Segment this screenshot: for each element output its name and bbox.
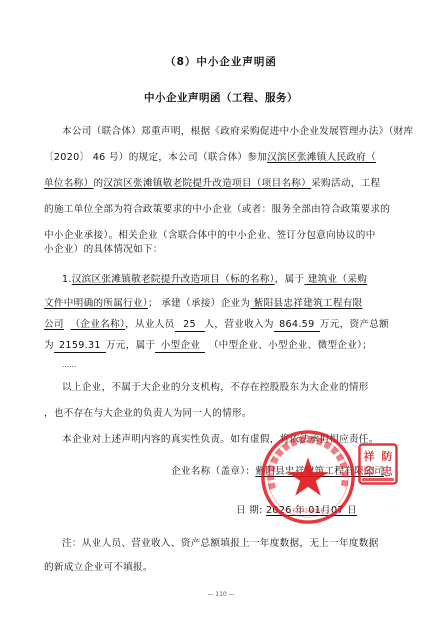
company-label: 企业名称（盖章）：: [171, 466, 255, 477]
item1-line3: 公司 （企业名称），从业人员25人，营业收入为864.59万元，资产总额: [44, 318, 400, 332]
belongs-label: ，属于: [275, 274, 305, 285]
para1-line3-suffix: 采购活动，工程: [311, 178, 380, 189]
item1-line1: 1.汉滨区张滩镇敬老院提升改造项目（标的名称），属于 建筑业（采购: [44, 273, 418, 286]
document-page: （8）中小企业声明函 中小企业声明函（工程、服务） 本公司（联合体）郑重声明，根…: [0, 0, 442, 619]
assets-value: 2159.31: [54, 340, 106, 353]
size-value: 小型企业: [155, 340, 205, 353]
assets-prefix: 为: [44, 340, 54, 351]
revenue-value: 864.59: [274, 319, 320, 332]
industry-value: 建筑业（采购: [304, 274, 367, 285]
para1-line4: 的施工单位全部为符合政策要求的中小企业（或者：服务全部由符合政策要求的: [44, 203, 400, 216]
item1-line2: 文件中明确的所属行业）； 承建（承接）企业为 紫阳县忠祥建筑工程有限: [44, 297, 400, 310]
svg-text:印: 印: [364, 464, 375, 478]
buyer-name: 汉滨区张滩镇人民政府（: [267, 152, 376, 163]
para1-line3: 单位名称）的汉滨区张滩镇敬老院提升改造项目（项目名称）采购活动，工程: [44, 177, 400, 190]
company-name-part1: 紫阳县忠祥建筑工程有限: [250, 298, 362, 309]
para1-line5: 中小企业承接）。相关企业（含联合体中的中小企业、签订分包意向协议的中: [44, 229, 400, 242]
svg-text:忠: 忠: [382, 464, 394, 478]
staff-value: 25: [175, 319, 205, 332]
subject-name: 汉滨区张滩镇敬老院提升改造项目（标的名称）: [72, 274, 275, 285]
item-number: 1.: [62, 274, 72, 285]
assets-unit: 万元，属于: [106, 340, 155, 351]
ellipsis: ……: [44, 359, 418, 372]
buyer-label: 单位名称）: [44, 178, 93, 189]
item1-line4: 为2159.31万元，属于小型企业 （中型企业、小型企业、微型企业）；: [44, 339, 400, 353]
para1-line2: 〔2020〕 46 号）的规定，本公司（联合体）参加汉滨区张滩镇人民政府（: [44, 151, 400, 164]
para1-line3-mid: 的: [93, 178, 103, 189]
company-round-seal-icon: 6124240016: [259, 428, 357, 526]
svg-text:祥: 祥: [364, 449, 375, 463]
page-number: — 110 —: [0, 591, 442, 598]
svg-text:6124240016: 6124240016: [292, 508, 323, 514]
para1-line6: 小企业）的具体情况如下：: [44, 243, 400, 256]
personal-square-seal-icon: 祥 防 印 忠: [358, 443, 398, 485]
para1-line2-prefix: 〔2020〕 46 号）的规定，本公司（联合体）参加: [44, 152, 267, 163]
company-note: （企业名称）: [71, 319, 126, 330]
builder-label: ； 承建（承接）企业为: [148, 298, 250, 309]
project-name: 汉滨区张滩镇敬老院提升改造项目（项目名称）: [103, 178, 311, 189]
note-line1: 注：从业人员、营业收入、资产总额填报上一年度数据，无上一年度数据: [44, 537, 418, 550]
staff-unit: 人，营业收入为: [205, 319, 274, 330]
note-line2: 的新成立企业可不填报。: [44, 561, 400, 574]
company-name-part2: 公司: [44, 319, 64, 330]
staff-label: ，从业人员: [125, 319, 174, 330]
declaration-title: 中小企业声明函（工程、服务）: [0, 90, 442, 105]
section-title: （8）中小企业声明函: [0, 54, 442, 69]
revenue-unit: 万元，资产总额: [320, 319, 389, 330]
industry-cont: 文件中明确的所属行业）: [44, 298, 148, 309]
para2-line2: ，也不存在与大企业的负责人为同一人的情形。: [44, 407, 400, 420]
svg-text:防: 防: [382, 449, 393, 463]
para1-line1: 本公司（联合体）郑重声明，根据《政府采购促进中小企业发展管理办法》（财库: [44, 125, 418, 138]
size-options: （中型企业、小型企业、微型企业）；: [209, 340, 372, 351]
para2-line1: 以上企业，不属于大企业的分支机构，不存在控股股东为大企业的情形: [44, 381, 418, 394]
